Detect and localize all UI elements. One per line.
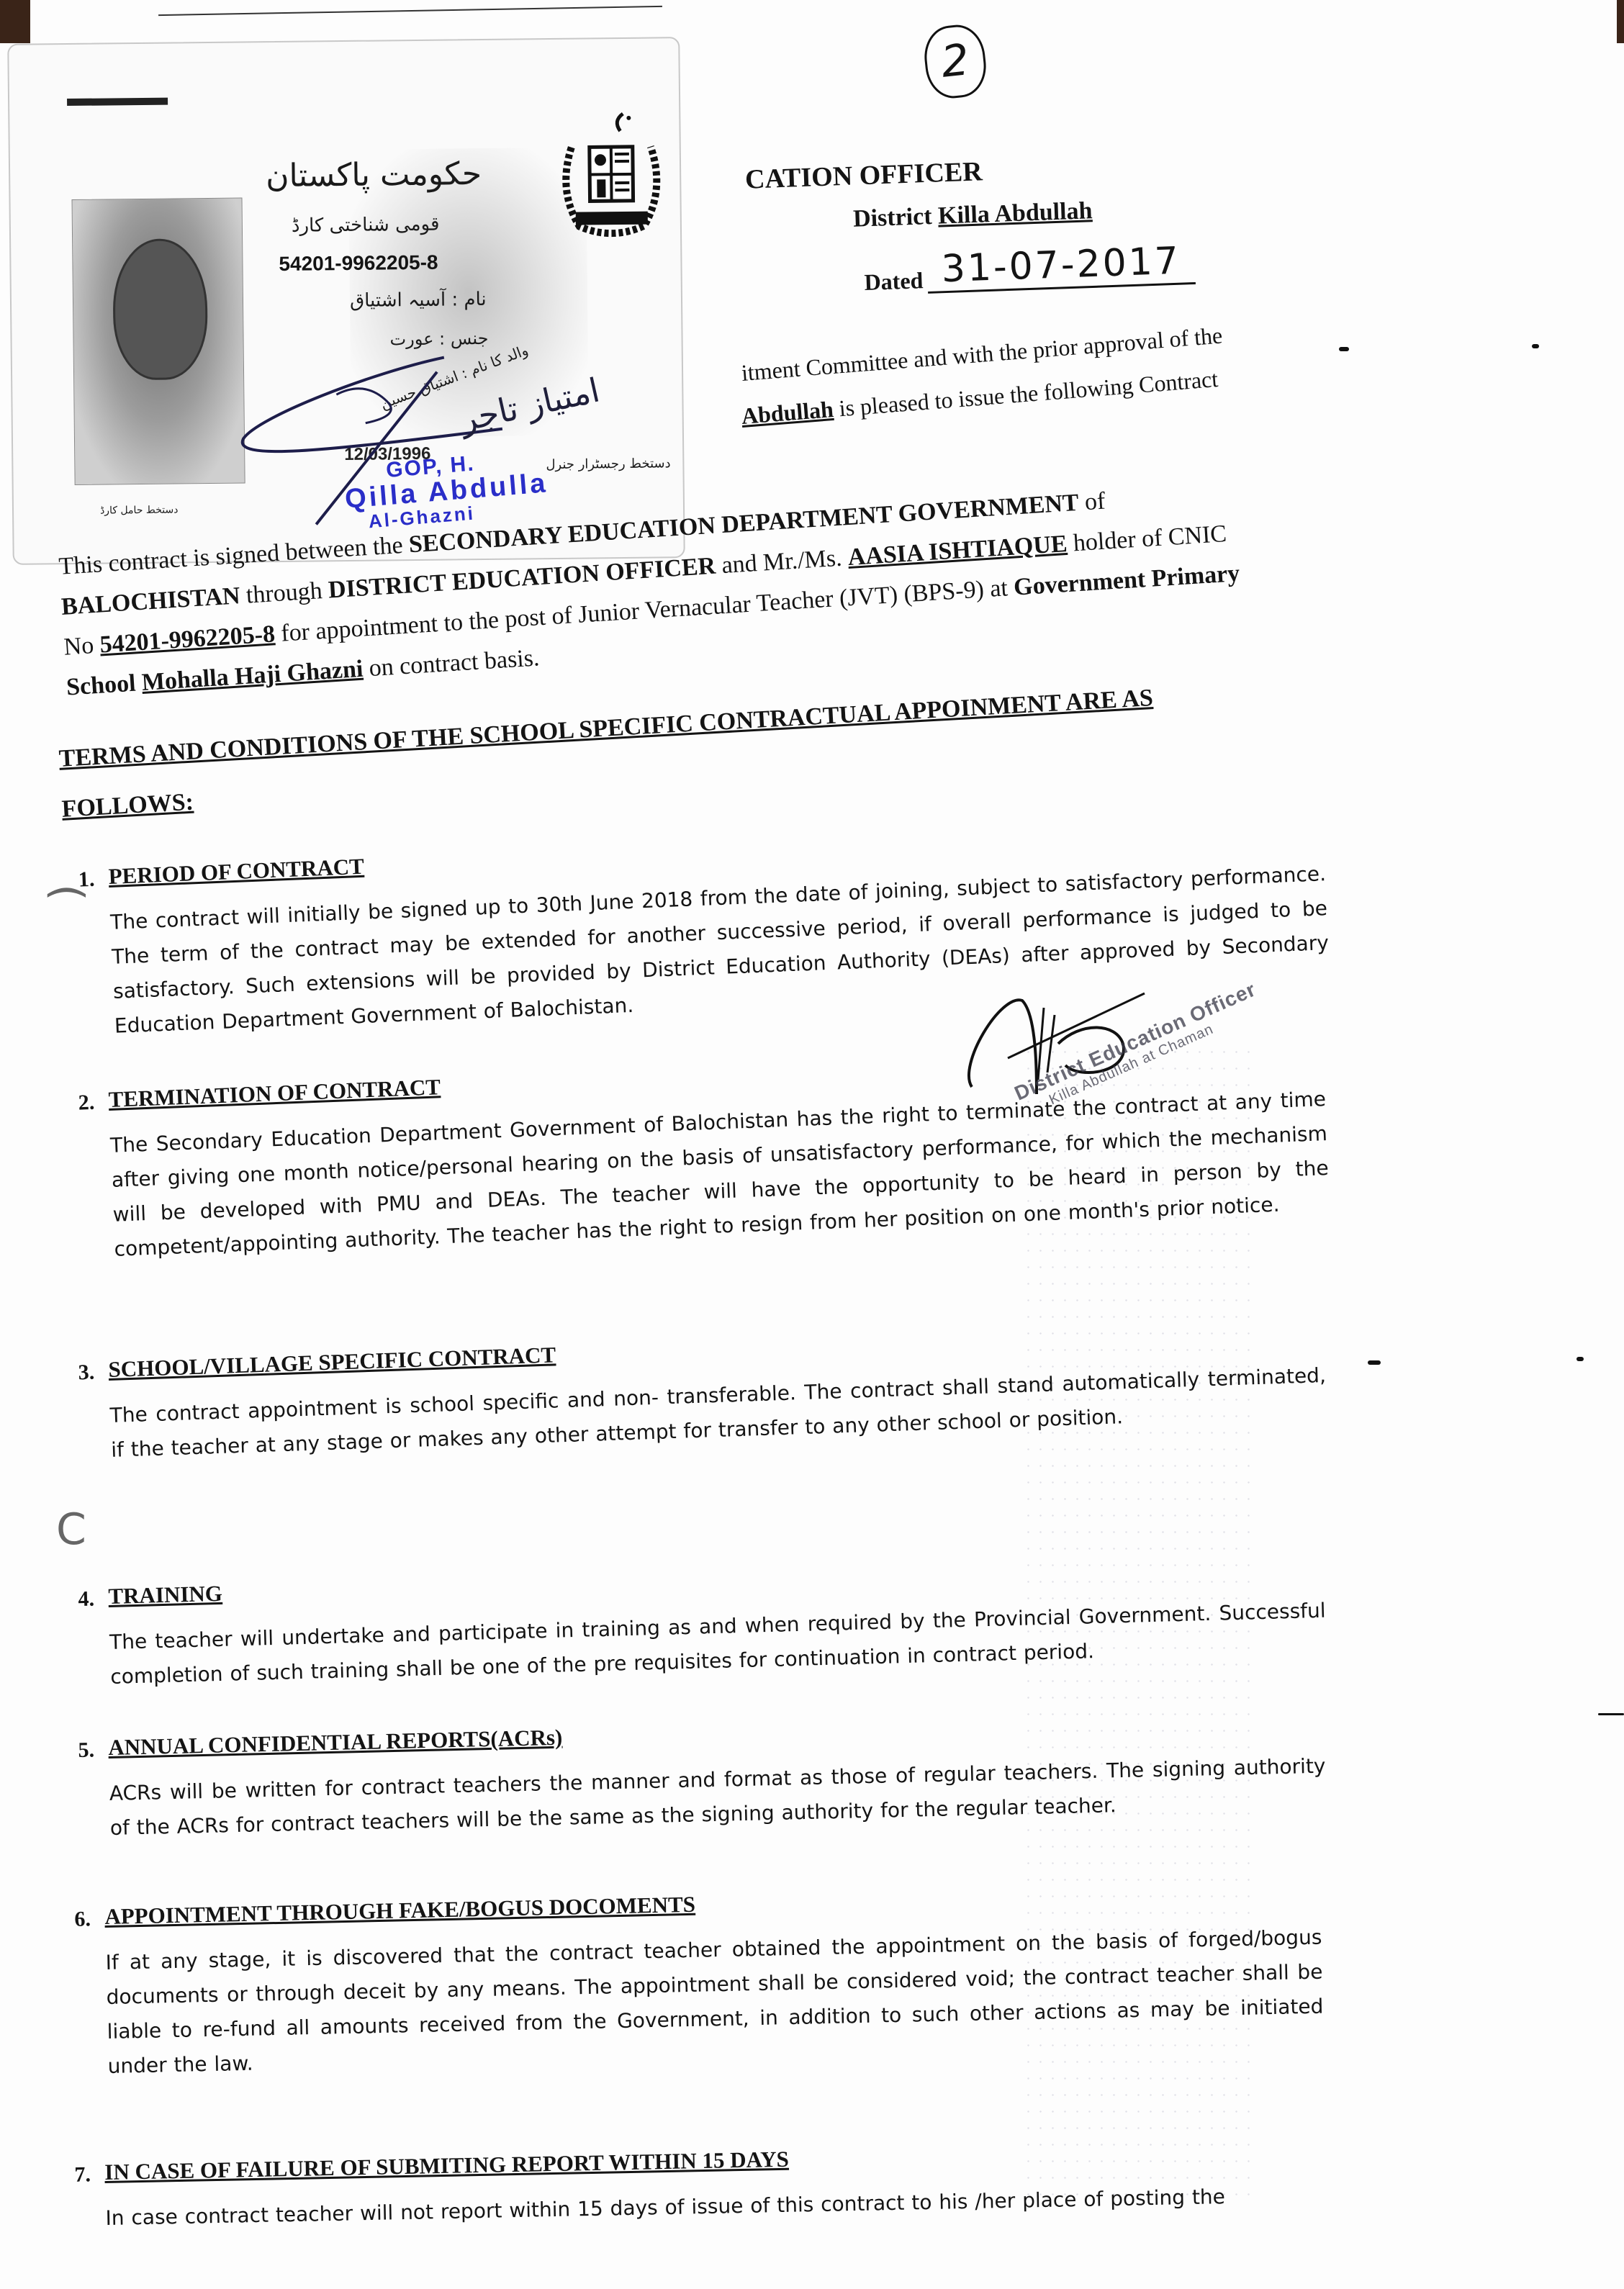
page-number-circled: 2 <box>921 22 989 101</box>
section-title: PERIOD OF CONTRACT <box>108 854 365 890</box>
intro-fragment-underlined: Abdullah <box>741 396 835 429</box>
scan-mark <box>1339 347 1349 351</box>
section-title: TERMINATION OF CONTRACT <box>108 1074 441 1113</box>
section-number: 6. <box>74 1907 91 1931</box>
section-number: 5. <box>78 1738 94 1763</box>
section-number: 3. <box>78 1360 95 1386</box>
card-name-line: نام : آسیہ اشتیاق <box>350 289 487 312</box>
card-mark <box>67 98 168 106</box>
card-type-title: قومی شناختی کارڈ <box>292 214 440 237</box>
card-holder-signature-label: دستخط حامل کارڈ <box>100 504 179 516</box>
section-title: IN CASE OF FAILURE OF SUBMITING REPORT W… <box>104 2146 789 2185</box>
punch-hole-mark: C <box>56 1504 86 1555</box>
cnic-card-photocopy: حکومت پاکستان قومی شناختی کارڈ 54201-996… <box>7 37 685 565</box>
scan-mark <box>1368 1360 1381 1365</box>
dated-label: Dated <box>864 267 924 296</box>
scan-edge-shadow <box>0 0 30 43</box>
card-government-title: حکومت پاکستان <box>266 155 482 194</box>
cardholder-photo <box>72 198 245 485</box>
cardholder-face <box>112 238 208 380</box>
section-number: 7. <box>74 2162 91 2187</box>
section-title: TRAINING <box>108 1581 222 1609</box>
punch-hole-mark: ( <box>42 884 93 900</box>
district-label: District <box>852 203 932 232</box>
section-body: In case contract teacher will not report… <box>105 2178 1322 2236</box>
section-title: APPOINTMENT THROUGH FAKE/BOGUS DOCOMENTS <box>104 1892 695 1930</box>
pakistan-emblem-icon <box>556 110 666 241</box>
dated-line: Dated 31-07-2017 <box>863 239 1196 296</box>
scan-mark <box>1598 1713 1624 1715</box>
section-title: ANNUAL CONFIDENTIAL REPORTS(ACRs) <box>108 1725 563 1761</box>
appointee-name: AASIA ISHTIAQUE <box>847 531 1068 571</box>
scan-mark <box>1532 344 1539 348</box>
district-line: District Killa Abdullah <box>852 197 1093 233</box>
scan-edge-shadow-right <box>1617 0 1624 43</box>
section-number: 2. <box>78 1091 95 1116</box>
appointee-cnic: 54201-9962205-8 <box>99 620 276 658</box>
underlying-page-edge <box>158 6 662 16</box>
dated-value-handwritten: 31-07-2017 <box>926 239 1196 294</box>
office-title: CATION OFFICER <box>744 155 983 195</box>
section-failure-to-report: 7. IN CASE OF FAILURE OF SUBMITING REPOR… <box>104 2136 1322 2236</box>
section-title: SCHOOL/VILLAGE SPECIFIC CONTRACT <box>108 1342 556 1383</box>
district-value: Killa Abdullah <box>937 197 1093 229</box>
card-cnic-number: 54201-9962205-8 <box>279 251 438 276</box>
section-fake-documents: 6. APPOINTMENT THROUGH FAKE/BOGUS DOCOME… <box>104 1879 1325 2084</box>
section-body: If at any stage, it is discovered that t… <box>105 1920 1325 2084</box>
section-number: 4. <box>78 1587 94 1612</box>
school-name: Mohalla Haji Ghazni <box>141 656 364 696</box>
scan-mark <box>1576 1357 1584 1361</box>
